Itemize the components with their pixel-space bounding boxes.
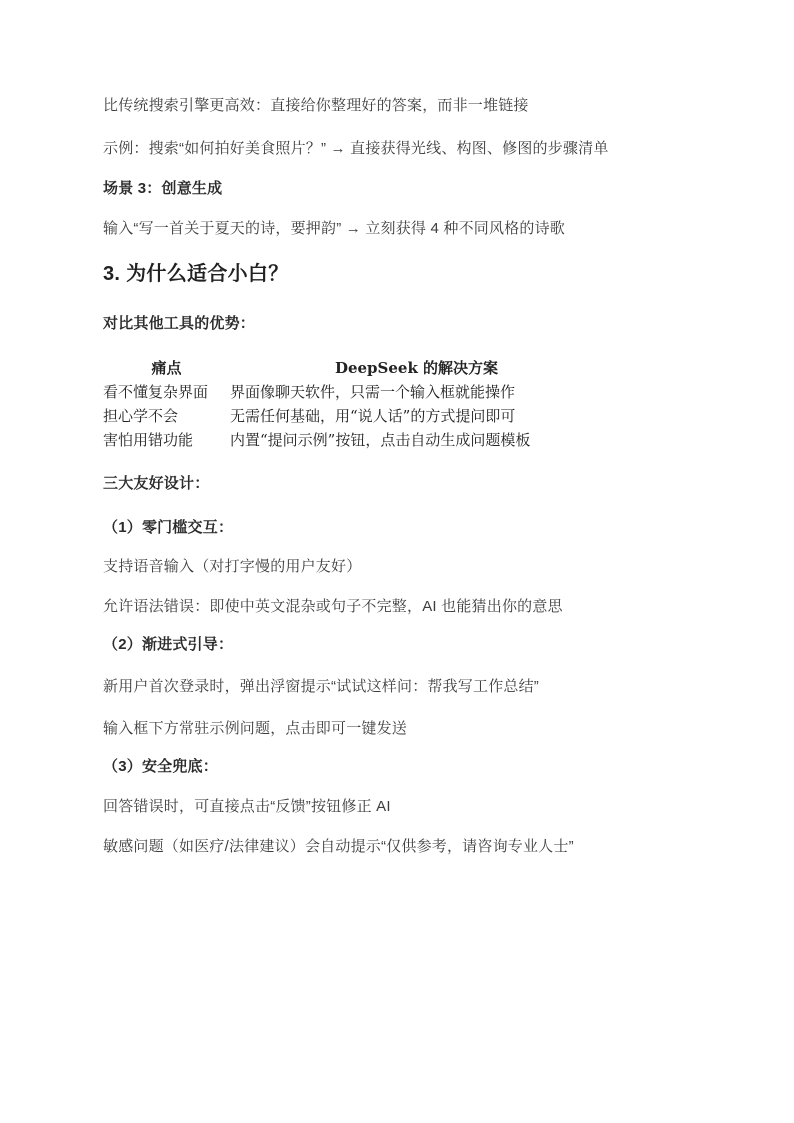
paragraph-poem-example: 输入“写一首关于夏天的诗，要押韵” → 立刻获得 4 种不同风格的诗歌 [103,218,734,239]
table-cell-solution: 无需任何基础，用“说人话”的方式提问即可 [230,404,603,428]
table-header-painpoint: 痛点 [103,356,230,380]
table-row: 害怕用错功能 内置“提问示例”按钮，点击自动生成问题模板 [103,428,603,452]
design2-heading: （2）渐进式引导： [103,634,734,655]
scene-3-heading: 场景 3：创意生成 [103,178,734,199]
section-heading-why-suitable: 3. 为什么适合小白？ [103,261,734,288]
table-cell-solution: 界面像聊天软件，只需一个输入框就能操作 [230,380,603,404]
design1-paragraph-grammar: 允许语法错误：即使中英文混杂或句子不完整，AI 也能猜出你的意思 [103,596,734,617]
table-cell-painpoint: 害怕用错功能 [103,428,230,452]
table-header-solution: DeepSeek 的解决方案 [230,356,603,380]
design3-paragraph-feedback: 回答错误时，可直接点击“反馈”按钮修正 AI [103,796,734,817]
design3-paragraph-sensitive: 敏感问题（如医疗/法律建议）会自动提示“仅供参考，请咨询专业人士” [103,836,734,857]
table-cell-painpoint: 看不懂复杂界面 [103,380,230,404]
table-row: 担心学不会 无需任何基础，用“说人话”的方式提问即可 [103,404,603,428]
table-row: 看不懂复杂界面 界面像聊天软件，只需一个输入框就能操作 [103,380,603,404]
design2-paragraph-first-login: 新用户首次登录时，弹出浮窗提示“试试这样问：帮我写工作总结” [103,676,734,697]
paragraph-search-efficiency: 比传统搜索引擎更高效：直接给你整理好的答案，而非一堆链接 [103,95,734,116]
table-cell-painpoint: 担心学不会 [103,404,230,428]
comparison-table: 痛点 DeepSeek 的解决方案 看不懂复杂界面 界面像聊天软件，只需一个输入… [103,356,603,452]
design2-paragraph-sample-questions: 输入框下方常驻示例问题，点击即可一键发送 [103,718,734,739]
design3-heading: （3）安全兜底： [103,756,734,777]
table-cell-solution: 内置“提问示例”按钮，点击自动生成问题模板 [230,428,603,452]
paragraph-search-example: 示例：搜索“如何拍好美食照片？” → 直接获得光线、构图、修图的步骤清单 [103,138,734,159]
advantages-heading: 对比其他工具的优势： [103,313,734,334]
document-page: 比传统搜索引擎更高效：直接给你整理好的答案，而非一堆链接 示例：搜索“如何拍好美… [0,0,794,1123]
table-header-row: 痛点 DeepSeek 的解决方案 [103,356,603,380]
designs-heading: 三大友好设计： [103,473,734,494]
design1-paragraph-voice-input: 支持语音输入（对打字慢的用户友好） [103,556,734,577]
design1-heading: （1）零门槛交互： [103,517,734,538]
